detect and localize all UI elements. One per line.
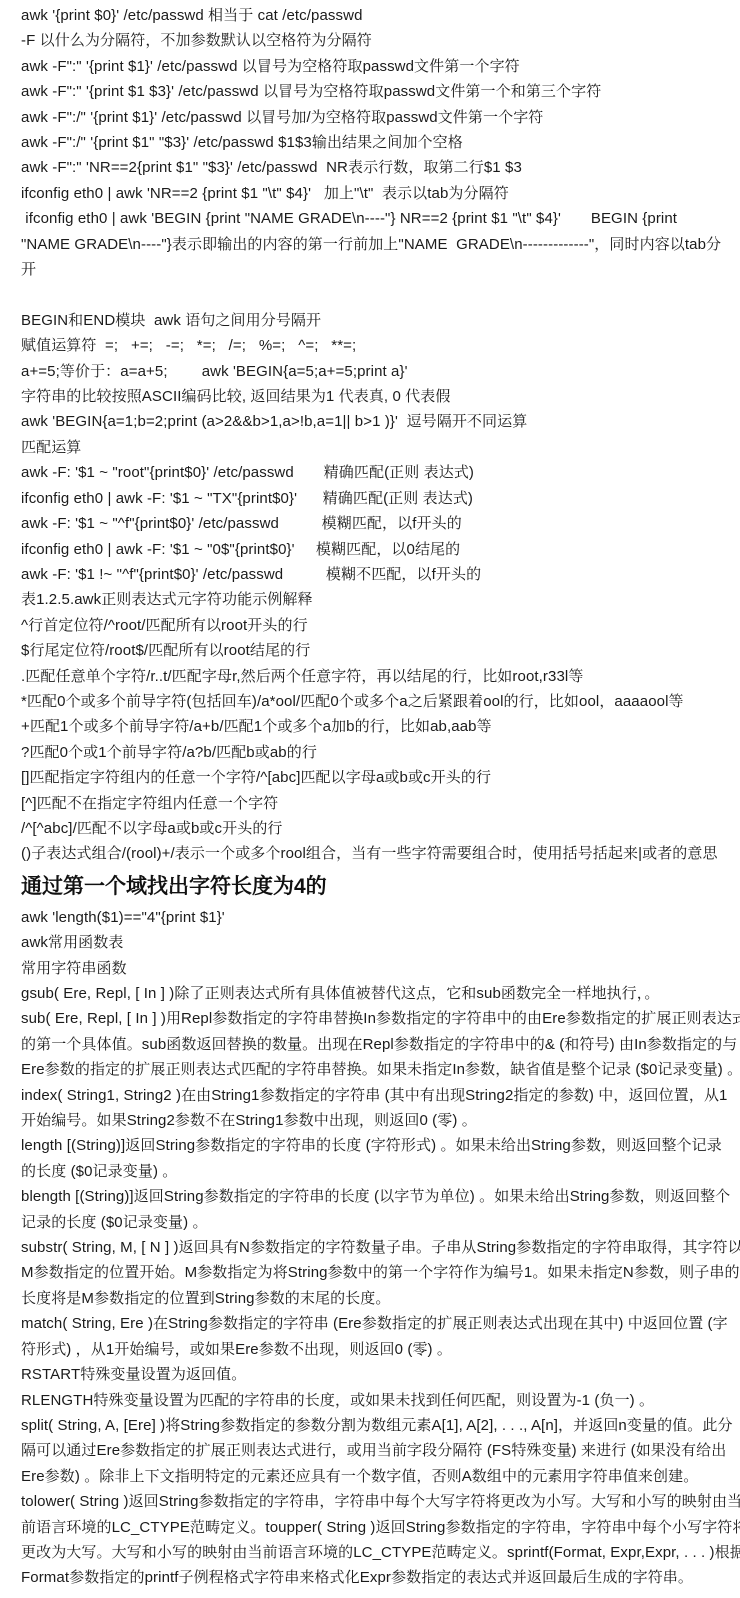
- text-line: a+=5;等价于：a=a+5; awk 'BEGIN{a=5;a+=5;prin…: [21, 359, 726, 384]
- text-line: length [(String)]返回String参数指定的字符串的长度 (字符…: [21, 1133, 726, 1158]
- text-line: 匹配运算: [21, 435, 726, 460]
- text-line: 字符串的比较按照ASCII编码比较, 返回结果为1 代表真, 0 代表假: [21, 384, 726, 409]
- text-line: ifconfig eth0 | awk 'BEGIN {print "NAME …: [21, 206, 726, 231]
- text-line: awk 'BEGIN{a=1;b=2;print (a>2&&b>1,a>!b,…: [21, 409, 726, 434]
- text-line: +匹配1个或多个前导字符/a+b/匹配1个或多个a加b的行，比如ab,aab等: [21, 714, 726, 739]
- text-line: ifconfig eth0 | awk -F: '$1 ~ "0$"{print…: [21, 537, 726, 562]
- text-line: awk -F: '$1 ~ "root"{print$0}' /etc/pass…: [21, 460, 726, 485]
- text-line: RLENGTH特殊变量设置为匹配的字符串的长度，或如果未找到任何匹配，则设置为-…: [21, 1388, 726, 1413]
- text-line: split( String, A, [Ere] )将String参数指定的参数分…: [21, 1413, 726, 1438]
- text-line: ^行首定位符/^root/匹配所有以root开头的行: [21, 613, 726, 638]
- text-line: "NAME GRADE\n----"}表示即输出的内容的第一行前加上"NAME …: [21, 232, 726, 257]
- text-line: RSTART特殊变量设置为返回值。: [21, 1362, 726, 1387]
- text-line: /^[^abc]/匹配不以字母a或b或c开头的行: [21, 816, 726, 841]
- text-line: 记录的长度 ($0记录变量) 。: [21, 1210, 726, 1235]
- text-line: substr( String, M, [ N ] )返回具有N参数指定的字符数量…: [21, 1235, 726, 1260]
- text-line: awk 'length($1)=="4"{print $1}': [21, 905, 726, 930]
- text-line: 开: [21, 257, 726, 282]
- text-line: awk常用函数表: [21, 930, 726, 955]
- text-line: *匹配0个或多个前导字符(包括回车)/a*ool/匹配0个或多个a之后紧跟着oo…: [21, 689, 726, 714]
- text-line: awk -F":/" '{print $1" "$3}' /etc/passwd…: [21, 130, 726, 155]
- text-line: 表1.2.5.awk正则表达式元字符功能示例解释: [21, 587, 726, 612]
- text-line: match( String, Ere )在String参数指定的字符串 (Ere…: [21, 1311, 726, 1336]
- text-line: BEGIN和END模块 awk 语句之间用分号隔开: [21, 308, 726, 333]
- text-line: []匹配指定字符组内的任意一个字符/^[abc]匹配以字母a或b或c开头的行: [21, 765, 726, 790]
- text-line: 隔可以通过Ere参数指定的扩展正则表达式进行，或用当前字段分隔符 (FS特殊变量…: [21, 1438, 726, 1463]
- text-line: awk -F":/" '{print $1}' /etc/passwd 以冒号加…: [21, 105, 726, 130]
- text-line: awk '{print $0}' /etc/passwd 相当于 cat /et…: [21, 3, 726, 28]
- text-line: 常用字符串函数: [21, 956, 726, 981]
- text-line: Ere参数的指定的扩展正则表达式匹配的字符串替换。如果未指定In参数，缺省值是整…: [21, 1057, 726, 1082]
- text-line: index( String1, String2 )在由String1参数指定的字…: [21, 1083, 726, 1108]
- text-line: Ere参数) 。除非上下文指明特定的元素还应具有一个数字值，否则A数组中的元素用…: [21, 1464, 726, 1489]
- text-line: awk -F: '$1 !~ "^f"{print$0}' /etc/passw…: [21, 562, 726, 587]
- text-line: ifconfig eth0 | awk -F: '$1 ~ "TX"{print…: [21, 486, 726, 511]
- text-line: awk -F: '$1 ~ "^f"{print$0}' /etc/passwd…: [21, 511, 726, 536]
- text-line: 的第一个具体值。sub函数返回替换的数量。出现在Repl参数指定的字符串中的& …: [21, 1032, 726, 1057]
- text-line: 更改为大写。大写和小写的映射由当前语言环境的LC_CTYPE范畴定义。sprin…: [21, 1540, 726, 1565]
- text-line: sub( Ere, Repl, [ In ] )用Repl参数指定的字符串替换I…: [21, 1006, 726, 1031]
- text-line: awk -F":" '{print $1 $3}' /etc/passwd 以冒…: [21, 79, 726, 104]
- text-line: Format参数指定的printf子例程格式字符串来格式化Expr参数指定的表达…: [21, 1565, 726, 1590]
- text-line: [^]匹配不在指定字符组内任意一个字符: [21, 791, 726, 816]
- text-line: blength [(String)]返回String参数指定的字符串的长度 (以…: [21, 1184, 726, 1209]
- text-line: 前语言环境的LC_CTYPE范畴定义。toupper( String )返回St…: [21, 1515, 726, 1540]
- text-line: M参数指定的位置开始。M参数指定为将String参数中的第一个字符作为编号1。如…: [21, 1260, 726, 1285]
- text-line: awk -F":" '{print $1}' /etc/passwd 以冒号为空…: [21, 54, 726, 79]
- text-line: -F 以什么为分隔符，不加参数默认以空格符为分隔符: [21, 28, 726, 53]
- text-line: .匹配任意单个字符/r..t/匹配字母r,然后两个任意字符，再以结尾的行，比如r…: [21, 664, 726, 689]
- text-line: 赋值运算符 =; +=; -=; *=; /=; %=; ^=; **=;: [21, 333, 726, 358]
- document-body: awk '{print $0}' /etc/passwd 相当于 cat /et…: [0, 0, 740, 1591]
- text-line: ifconfig eth0 | awk 'NR==2 {print $1 "\t…: [21, 181, 726, 206]
- text-line: $行尾定位符/root$/匹配所有以root结尾的行: [21, 638, 726, 663]
- text-line: ()子表达式组合/(rool)+/表示一个或多个rool组合，当有一些字符需要组…: [21, 841, 726, 866]
- text-line: 长度将是M参数指定的位置到String参数的末尾的长度。: [21, 1286, 726, 1311]
- text-line: tolower( String )返回String参数指定的字符串，字符串中每个…: [21, 1489, 726, 1514]
- text-line: 符形式) ，从1开始编号，或如果Ere参数不出现，则返回0 (零) 。: [21, 1337, 726, 1362]
- text-line: awk -F":" 'NR==2{print $1" "$3}' /etc/pa…: [21, 155, 726, 180]
- blank-line: [21, 282, 726, 307]
- text-line: 开始编号。如果String2参数不在String1参数中出现，则返回0 (零) …: [21, 1108, 726, 1133]
- text-line: ?匹配0个或1个前导字符/a?b/匹配b或ab的行: [21, 740, 726, 765]
- text-line: gsub( Ere, Repl, [ In ] )除了正则表达式所有具体值被替代…: [21, 981, 726, 1006]
- text-line: 的长度 ($0记录变量) 。: [21, 1159, 726, 1184]
- section-heading: 通过第一个域找出字符长度为4的: [21, 871, 726, 902]
